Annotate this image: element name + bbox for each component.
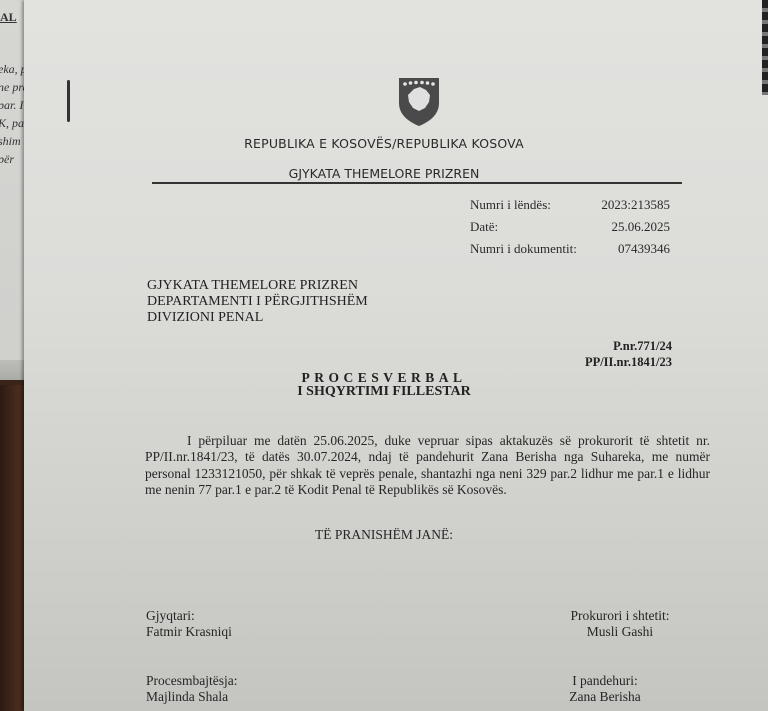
meta-date: Datë: 25.06.2025 [470,218,670,240]
pp-number: PP/II.nr.1841/23 [585,354,672,370]
republic-heading: REPUBLIKA E KOSOVËS/REPUBLIKA KOSOVA [0,136,768,151]
prosecutor-name: Musli Gashi [555,624,685,640]
meta-value: 2023:213585 [601,196,670,218]
document-subtitle: I SHQYRTIMI FILLESTAR [0,384,768,400]
underlying-line: eka, p [0,62,27,77]
p-number: P.nr.771/24 [585,338,672,354]
body-paragraph: I përpiluar me datën 25.06.2025, duke ve… [145,433,710,498]
meta-label: Datë: [470,218,498,240]
prosecutor-block: Prokurori i shtetit: Musli Gashi [555,608,685,640]
header-divider [152,182,682,184]
clerk-name: Majlinda Shala [146,689,237,705]
judge-role: Gjyqtari: [146,608,232,624]
underlying-line: par. I [0,98,23,113]
kosovo-coat-of-arms-icon [396,75,442,127]
underlying-line: K, pa [0,116,24,131]
case-metadata: Numri i lëndës: 2023:213585 Datë: 25.06.… [470,196,670,262]
defendant-name: Zana Berisha [560,689,650,705]
meta-value: 25.06.2025 [612,218,671,240]
defendant-block: I pandehuri: Zana Berisha [560,673,650,705]
judge-block: Gjyqtari: Fatmir Krasniqi [146,608,232,640]
meta-value: 07439346 [618,240,670,262]
address-line: DIVIZIONI PENAL [147,310,368,326]
binder-edge [762,0,768,95]
underlying-line: për [0,152,14,167]
court-address: GJYKATA THEMELORE PRIZREN DEPARTAMENTI I… [147,278,368,326]
address-line: GJYKATA THEMELORE PRIZREN [147,278,368,294]
court-heading: GJYKATA THEMELORE PRIZREN [0,166,768,181]
meta-document-number: Numri i dokumentit: 07439346 [470,240,670,262]
clerk-role: Procesmbajtësja: [146,673,237,689]
meta-case-number: Numri i lëndës: 2023:213585 [470,196,670,218]
meta-label: Numri i dokumentit: [470,240,577,262]
underlying-title: AL [0,10,17,25]
prosecutor-role: Prokurori i shtetit: [555,608,685,624]
address-line: DEPARTAMENTI I PËRGJITHSHËM [147,294,368,310]
clerk-block: Procesmbajtësja: Majlinda Shala [146,673,237,705]
case-references: P.nr.771/24 PP/II.nr.1841/23 [585,338,672,370]
judge-name: Fatmir Krasniqi [146,624,232,640]
pen-mark [67,80,70,122]
present-heading: TË PRANISHËM JANË: [0,527,768,543]
body-text: I përpiluar me datën 25.06.2025, duke ve… [145,433,710,497]
defendant-role: I pandehuri: [560,673,650,689]
meta-label: Numri i lëndës: [470,196,551,218]
